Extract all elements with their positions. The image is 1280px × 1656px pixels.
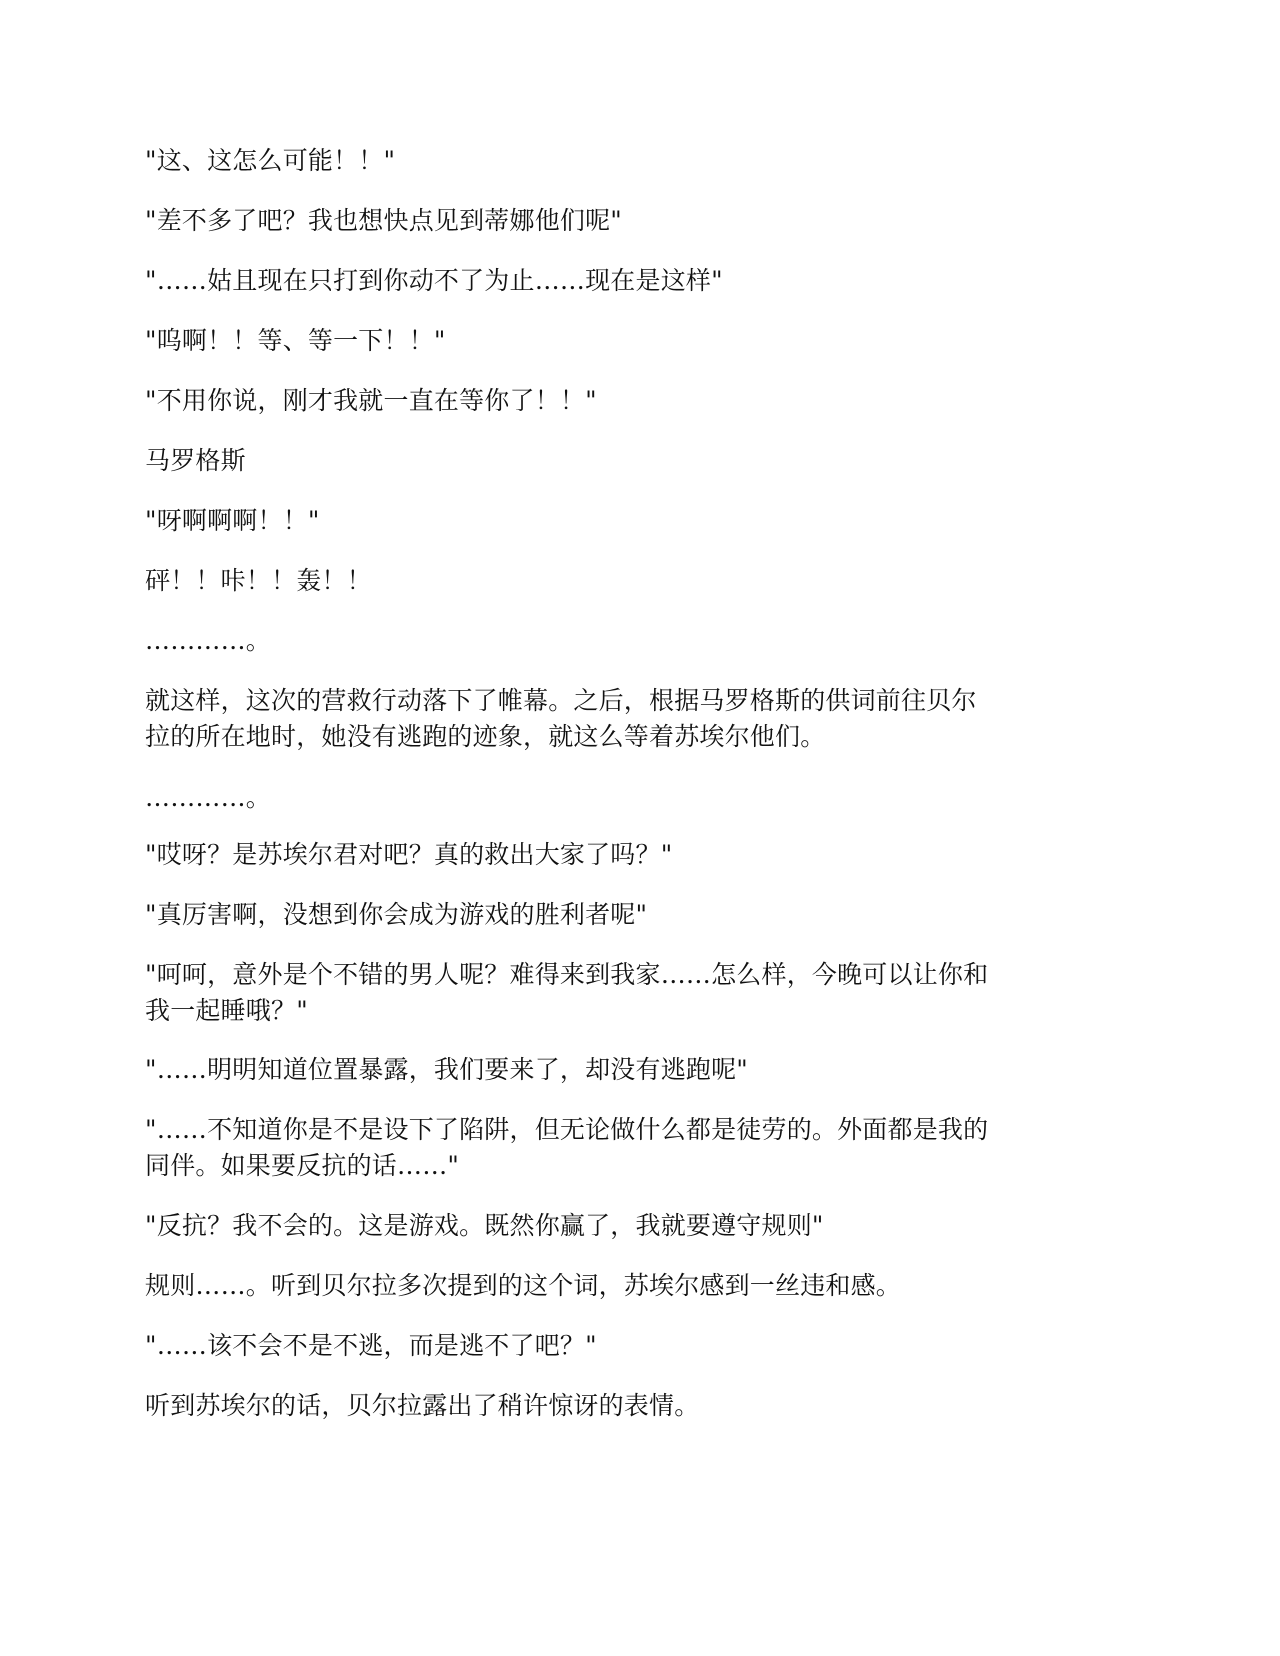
paragraph-line: 规则……。听到贝尔拉多次提到的这个词，苏埃尔感到一丝违和感。 <box>145 1268 901 1304</box>
paragraph: "不用你说，刚才我就一直在等你了！！" <box>145 383 597 419</box>
paragraph-line: "……明明知道位置暴露，我们要来了，却没有逃跑呢" <box>145 1052 748 1088</box>
paragraph: "……不知道你是不是设下了陷阱，但无论做什么都是徒劳的。外面都是我的同伴。如果要… <box>145 1112 988 1184</box>
paragraph: "哎呀？是苏埃尔君对吧？真的救出大家了吗？" <box>145 837 672 873</box>
paragraph: "真厉害啊，没想到你会成为游戏的胜利者呢" <box>145 897 647 933</box>
paragraph-line: "反抗？我不会的。这是游戏。既然你赢了，我就要遵守规则" <box>145 1208 824 1244</box>
paragraph: "这、这怎么可能！！" <box>145 143 395 179</box>
paragraph: "呜啊！！等、等一下！！" <box>145 323 446 359</box>
paragraph-line: 就这样，这次的营救行动落下了帷幕。之后，根据马罗格斯的供词前往贝尔 <box>145 683 977 719</box>
paragraph: 听到苏埃尔的话，贝尔拉露出了稍许惊讶的表情。 <box>145 1388 699 1424</box>
paragraph: "……姑且现在只打到你动不了为止……现在是这样" <box>145 263 723 299</box>
paragraph-line: "呵呵，意外是个不错的男人呢？难得来到我家……怎么样，今晚可以让你和 <box>145 957 988 993</box>
paragraph: …………。 <box>145 623 271 659</box>
paragraph-line: "……该不会不是不逃，而是逃不了吧？" <box>145 1328 597 1364</box>
paragraph: "差不多了吧？我也想快点见到蒂娜他们呢" <box>145 203 622 239</box>
paragraph-line: 拉的所在地时，她没有逃跑的迹象，就这么等着苏埃尔他们。 <box>145 719 977 755</box>
paragraph-line: 我一起睡哦？" <box>145 993 988 1029</box>
paragraph-line: 砰！！咔！！轰！！ <box>145 563 372 599</box>
paragraph: "……明明知道位置暴露，我们要来了，却没有逃跑呢" <box>145 1052 748 1088</box>
paragraph: 马罗格斯 <box>145 443 246 479</box>
paragraph-line: "哎呀？是苏埃尔君对吧？真的救出大家了吗？" <box>145 837 672 873</box>
paragraph: 就这样，这次的营救行动落下了帷幕。之后，根据马罗格斯的供词前往贝尔拉的所在地时，… <box>145 683 977 755</box>
paragraph-line: "不用你说，刚才我就一直在等你了！！" <box>145 383 597 419</box>
paragraph-line: "……不知道你是不是设下了陷阱，但无论做什么都是徒劳的。外面都是我的 <box>145 1112 988 1148</box>
paragraph: …………。 <box>145 780 271 816</box>
paragraph-line: "差不多了吧？我也想快点见到蒂娜他们呢" <box>145 203 622 239</box>
paragraph-line: 同伴。如果要反抗的话……" <box>145 1148 988 1184</box>
paragraph-line: 马罗格斯 <box>145 443 246 479</box>
paragraph-line: 听到苏埃尔的话，贝尔拉露出了稍许惊讶的表情。 <box>145 1388 699 1424</box>
paragraph-line: "……姑且现在只打到你动不了为止……现在是这样" <box>145 263 723 299</box>
paragraph: 砰！！咔！！轰！！ <box>145 563 372 599</box>
paragraph: "反抗？我不会的。这是游戏。既然你赢了，我就要遵守规则" <box>145 1208 824 1244</box>
paragraph: "呀啊啊啊！！" <box>145 503 320 539</box>
paragraph-line: …………。 <box>145 780 271 816</box>
paragraph-line: "这、这怎么可能！！" <box>145 143 395 179</box>
paragraph: "……该不会不是不逃，而是逃不了吧？" <box>145 1328 597 1364</box>
paragraph-line: "呜啊！！等、等一下！！" <box>145 323 446 359</box>
paragraph-line: "呀啊啊啊！！" <box>145 503 320 539</box>
paragraph-line: …………。 <box>145 623 271 659</box>
paragraph-line: "真厉害啊，没想到你会成为游戏的胜利者呢" <box>145 897 647 933</box>
paragraph: 规则……。听到贝尔拉多次提到的这个词，苏埃尔感到一丝违和感。 <box>145 1268 901 1304</box>
paragraph: "呵呵，意外是个不错的男人呢？难得来到我家……怎么样，今晚可以让你和我一起睡哦？… <box>145 957 988 1029</box>
